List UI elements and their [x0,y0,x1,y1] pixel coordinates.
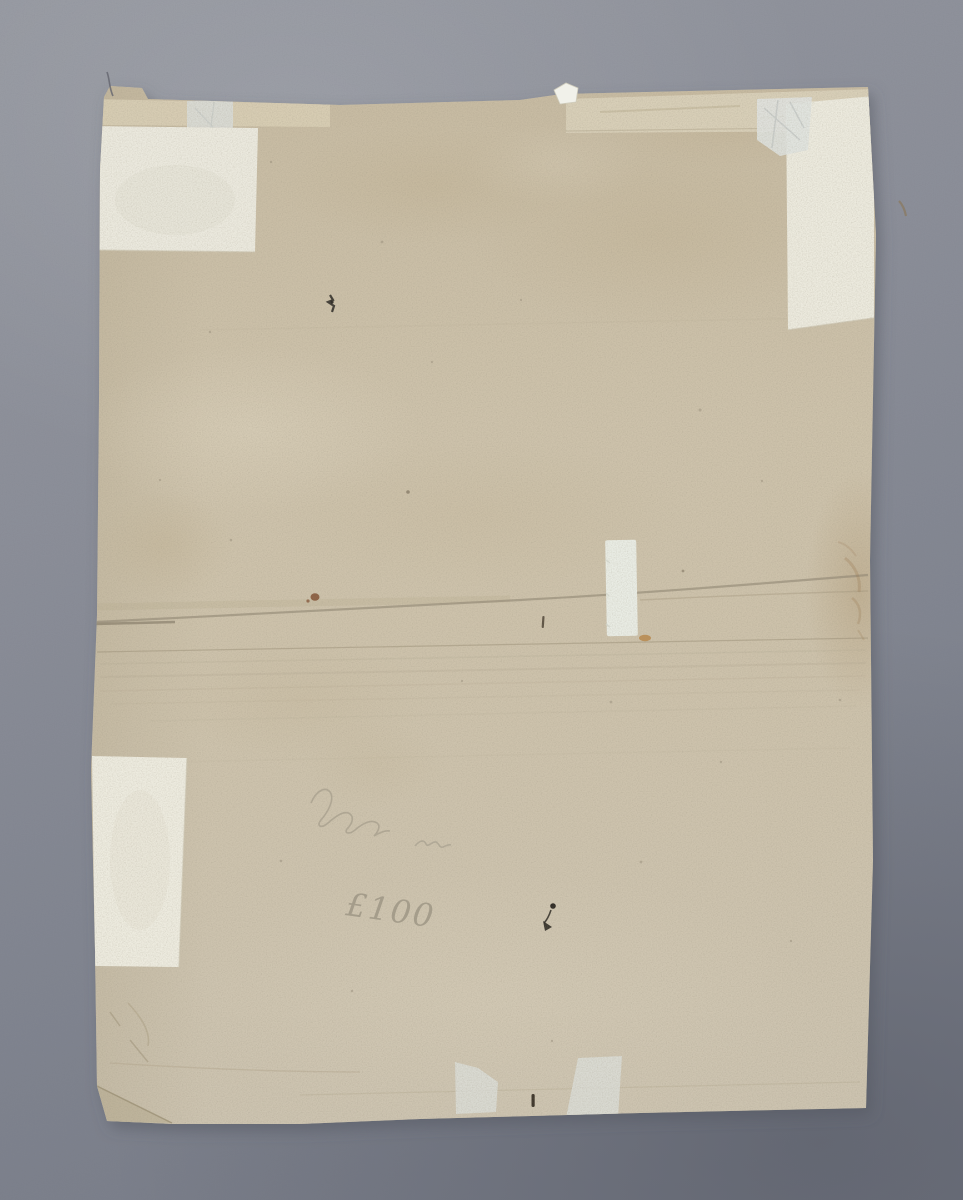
photo-of-paper-verso: £100 [0,0,963,1200]
paper-texture [85,80,885,1140]
photo-background: £100 [0,0,963,1200]
